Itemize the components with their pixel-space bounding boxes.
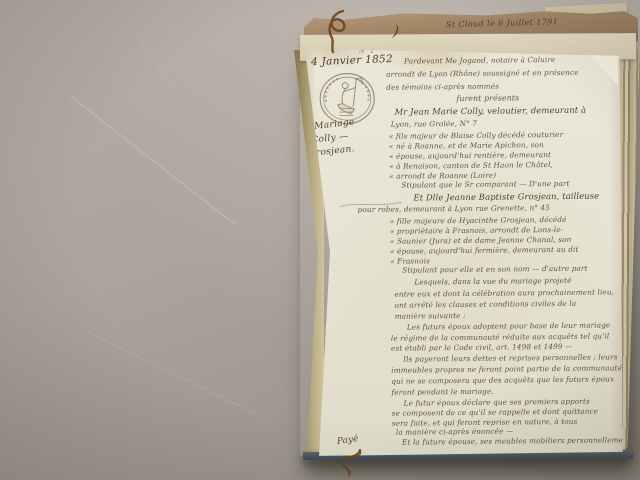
handwriting-line: est établi par le Code civil, art. 1498 … — [391, 342, 573, 353]
binding-thread-top-icon — [321, 8, 359, 58]
handwriting-line: « né à Roanne, et de Marie Apichon, son — [389, 140, 544, 151]
handwriting-line: Ils payeront leurs dettes et reprises pe… — [403, 352, 618, 363]
handwriting-line: « épouse, aujourd'hui rentière, demeuran… — [389, 150, 551, 161]
handwriting-line: des témoins ci-après nommés — [386, 82, 499, 92]
manuscript-page: N° 1 4 Janvier 1852 — [301, 45, 623, 457]
handwriting-line: arrondt de Lyon (Rhône) soussigné et en … — [386, 68, 579, 79]
handwriting-line: Stipulant pour elle et en son nom — d'au… — [402, 264, 588, 275]
handwriting-line: manière suivante : — [395, 311, 466, 321]
old-sheet-inscription: St Cloud le 6 Juillet 1791 — [446, 17, 559, 29]
handwriting-line: Lyon, rue Grolée, N° 7 — [391, 119, 477, 129]
handwriting-line: « fils majeur de Blaise Colly décédé cou… — [389, 130, 563, 141]
handwriting-line: qui ne se composera que des acquêts que … — [391, 374, 614, 385]
handwriting-line: Mr Jean Marie Colly, veloutier, demeuran… — [394, 105, 586, 117]
handwriting-line: Et la future épouse, ses meubles mobilie… — [402, 435, 631, 446]
handwriting-line: « propriétaire à Frasnois, arrondt de Lo… — [390, 225, 564, 236]
handwriting-line: la manière ci-après énoncée — — [396, 426, 514, 436]
handwriting-line: Lesquels, dans la vue du mariage projeté — [414, 276, 571, 287]
handwriting-line: le régime de la communauté réduite aux a… — [391, 331, 609, 342]
handwriting-line: « épouse, aujourd'hui fermière, demeuran… — [390, 245, 579, 256]
handwriting-line: Les futurs époux adoptent pour base de l… — [407, 320, 611, 331]
handwriting-line: « fille majeure de Hyacinthe Grosjean, d… — [390, 215, 567, 226]
handwriting-line: feront pendant le mariage. — [391, 387, 493, 397]
handwriting-line: « Saunier (Jura) et de dame Jeanne Chana… — [390, 235, 572, 246]
handwriting-line: Et Dlle Jeanne Baptiste Grosjean, taille… — [413, 191, 599, 203]
handwriting-line: entre eux et dont la célébration aura pr… — [394, 287, 614, 298]
handwriting-line: « à Renaison, canton de St Haon le Châte… — [389, 160, 553, 171]
binding-thread-bottom-icon — [336, 448, 368, 480]
handwriting-line: Pardevant Me Jogand, notaire à Caluire — [404, 55, 556, 66]
handwriting-lines: Pardevant Me Jogand, notaire à Caluirear… — [300, 44, 624, 457]
handwriting-line: immeubles propres ne feront point partie… — [391, 363, 622, 374]
handwriting-line: furent présents — [456, 93, 519, 103]
handwriting-line: Stipulant que le Sr comparant — D'une pa… — [401, 179, 569, 190]
archive-photo-scene: St Cloud le 6 Juillet 1791 ) N° 1 4 Janv… — [0, 0, 640, 480]
handwriting-line: ont arrêté les clauses et conditions civ… — [395, 299, 577, 310]
handwriting-line: « Frasnois — [390, 256, 430, 265]
handwriting-line: pour robes, demeurant à Lyon rue Grenett… — [358, 203, 551, 214]
